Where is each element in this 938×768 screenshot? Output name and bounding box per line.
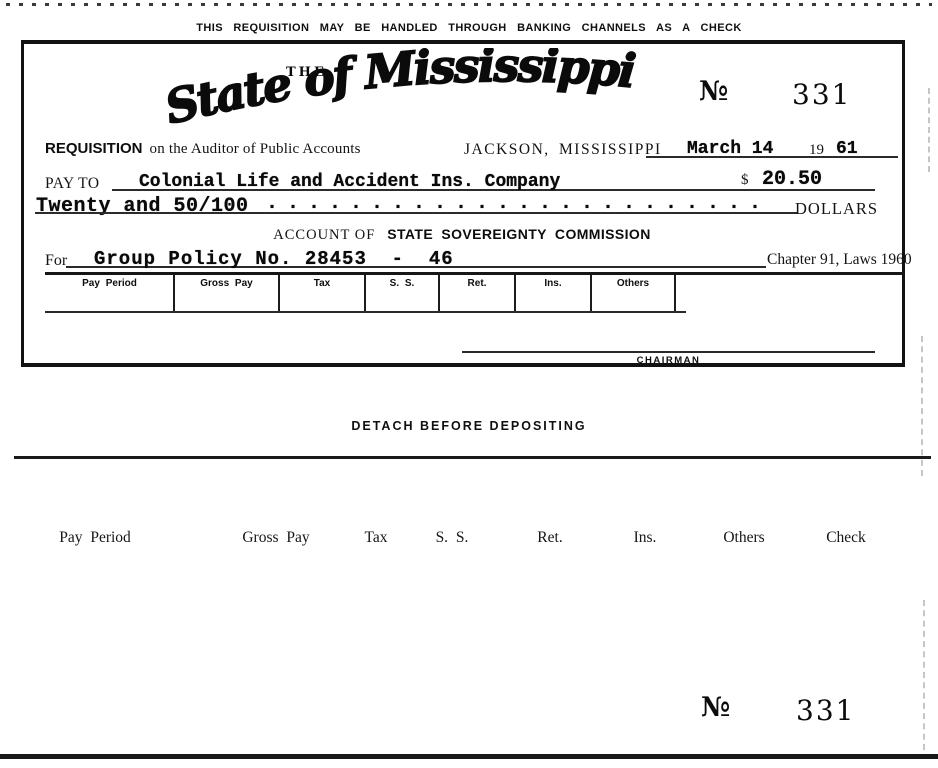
check-number: 331 bbox=[792, 78, 851, 111]
requisition-label: REQUISITION bbox=[45, 140, 143, 157]
stub-col-gross-pay: Gross Pay bbox=[242, 529, 309, 547]
stub-col-tax: Tax bbox=[364, 529, 387, 547]
stub-col-others: Others bbox=[723, 529, 764, 547]
requisition-line: REQUISITION on the Auditor of Public Acc… bbox=[45, 140, 361, 158]
stub-col-ss: S. S. bbox=[436, 529, 469, 547]
table-header-gross-pay: Gross Pay bbox=[175, 275, 280, 311]
dollar-sign: $ bbox=[741, 172, 749, 189]
state-title: State of Mississippi bbox=[166, 48, 637, 135]
table-header-pay-period: Pay Period bbox=[46, 275, 175, 311]
table-header-ins: Ins. bbox=[516, 275, 592, 311]
city-state-label: JACKSON, MISSISSIPPI bbox=[464, 141, 662, 159]
table-header-tax: Tax bbox=[280, 275, 366, 311]
state-title-art: THE State of Mississippi bbox=[166, 48, 644, 138]
table-header-ret: Ret. bbox=[440, 275, 516, 311]
numero-sign: № bbox=[699, 76, 728, 107]
banner-text: THIS REQUISITION MAY BE HANDLED THROUGH … bbox=[0, 22, 938, 34]
date-value: March 14 bbox=[687, 139, 773, 159]
stub-col-ret: Ret. bbox=[537, 529, 562, 547]
signature-line bbox=[462, 351, 875, 353]
pay-to-label: PAY TO bbox=[45, 175, 100, 193]
amount-value: 20.50 bbox=[762, 168, 822, 191]
account-line: ACCOUNT OF STATE SOVEREIGNTY COMMISSION bbox=[0, 226, 924, 244]
detach-rule bbox=[14, 456, 931, 459]
deduction-table: Pay Period Gross Pay Tax S. S. Ret. Ins.… bbox=[46, 275, 676, 311]
scan-artifact bbox=[928, 88, 930, 172]
dollars-label: DOLLARS bbox=[795, 199, 878, 219]
table-header-ss: S. S. bbox=[366, 275, 440, 311]
chairman-label: CHAIRMAN bbox=[462, 355, 875, 366]
table-bottom-rule bbox=[45, 311, 686, 313]
perforation-dotted-edge bbox=[6, 3, 932, 6]
year-printed: 19 bbox=[809, 142, 824, 159]
account-of-label: ACCOUNT OF bbox=[273, 227, 375, 243]
amount-words: Twenty and 50/100 bbox=[36, 195, 249, 218]
year-value: 61 bbox=[836, 139, 858, 159]
numero-sign-bottom: № bbox=[701, 692, 730, 723]
for-label: For bbox=[45, 252, 67, 270]
table-header-others: Others bbox=[592, 275, 676, 311]
scan-artifact bbox=[921, 336, 923, 476]
detach-notice: DETACH BEFORE DEPOSITING bbox=[0, 419, 938, 433]
paper-bottom-edge bbox=[0, 754, 938, 759]
statute-reference: Chapter 91, Laws 1960 bbox=[767, 251, 912, 269]
stub-col-pay-period: Pay Period bbox=[59, 529, 131, 547]
payee-value: Colonial Life and Accident Ins. Company bbox=[139, 172, 560, 192]
account-name: STATE SOVEREIGNTY COMMISSION bbox=[387, 226, 650, 242]
stub-col-check: Check bbox=[826, 529, 866, 547]
scan-artifact bbox=[923, 600, 925, 750]
scanned-requisition-document: THIS REQUISITION MAY BE HANDLED THROUGH … bbox=[0, 0, 938, 768]
requisition-text: on the Auditor of Public Accounts bbox=[150, 141, 361, 158]
check-number-bottom: 331 bbox=[796, 694, 855, 727]
leader-dots: ........................ bbox=[266, 192, 770, 215]
stub-col-ins: Ins. bbox=[634, 529, 657, 547]
for-value: Group Policy No. 28453 - 46 bbox=[94, 248, 454, 270]
